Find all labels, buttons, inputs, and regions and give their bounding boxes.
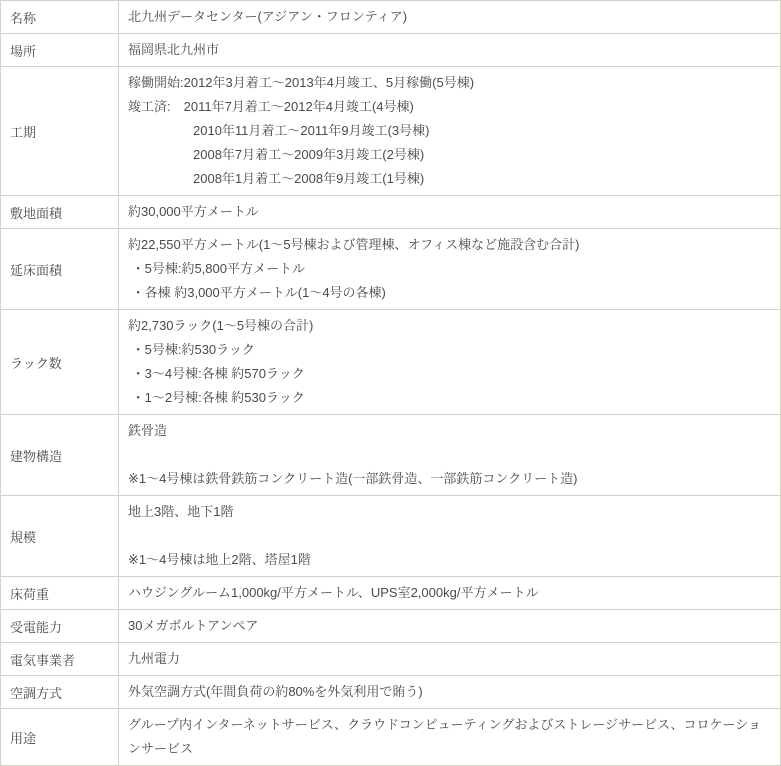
row-value: 約30,000平方メートル <box>119 196 781 229</box>
row-value: 九州電力 <box>119 643 781 676</box>
row-label: 敷地面積 <box>1 196 119 229</box>
row-label: 用途 <box>1 709 119 766</box>
value-line: 地上3階、地下1階 <box>128 500 772 524</box>
table-row-floor-load: 床荷重 ハウジングルーム1,000kg/平方メートル、UPS室2,000kg/平… <box>1 577 781 610</box>
table-row-power-capacity: 受電能力 30メガボルトアンペア <box>1 610 781 643</box>
value-line: 約30,000平方メートル <box>128 200 772 224</box>
table-row-building-structure: 建物構造 鉄骨造 ※1〜4号棟は鉄骨鉄筋コンクリート造(一部鉄骨造、一部鉄筋コン… <box>1 415 781 496</box>
value-line: ・5号棟:約5,800平方メートル <box>128 257 772 281</box>
table-row-location: 場所 福岡県北九州市 <box>1 34 781 67</box>
row-label: 建物構造 <box>1 415 119 496</box>
row-label: 延床面積 <box>1 229 119 310</box>
value-line: グループ内インターネットサービス、クラウドコンピューティングおよびストレージサー… <box>128 713 772 761</box>
row-value: 30メガボルトアンペア <box>119 610 781 643</box>
value-line: ・5号棟:約530ラック <box>128 338 772 362</box>
row-value: 外気空調方式(年間負荷の約80%を外気利用で賄う) <box>119 676 781 709</box>
value-line: 福岡県北九州市 <box>128 38 772 62</box>
value-line: 2008年1月着工〜2008年9月竣工(1号棟) <box>128 167 772 191</box>
table-row-usage: 用途 グループ内インターネットサービス、クラウドコンピューティングおよびストレー… <box>1 709 781 766</box>
value-line: ※1〜4号棟は鉄骨鉄筋コンクリート造(一部鉄骨造、一部鉄筋コンクリート造) <box>128 467 772 491</box>
row-label: 場所 <box>1 34 119 67</box>
value-line: 30メガボルトアンペア <box>128 614 772 638</box>
value-line: ※1〜4号棟は地上2階、塔屋1階 <box>128 548 772 572</box>
value-line: 九州電力 <box>128 647 772 671</box>
table-row-construction-period: 工期 稼働開始:2012年3月着工〜2013年4月竣工、5月稼働(5号棟) 竣工… <box>1 67 781 196</box>
row-label: ラック数 <box>1 310 119 415</box>
row-value: グループ内インターネットサービス、クラウドコンピューティングおよびストレージサー… <box>119 709 781 766</box>
row-label: 床荷重 <box>1 577 119 610</box>
value-line: 稼働開始:2012年3月着工〜2013年4月竣工、5月稼働(5号棟) <box>128 71 772 95</box>
value-line: 2010年11月着工〜2011年9月竣工(3号棟) <box>128 119 772 143</box>
value-line: 鉄骨造 <box>128 419 772 443</box>
value-line: 外気空調方式(年間負荷の約80%を外気利用で賄う) <box>128 680 772 704</box>
table-row-rack-count: ラック数 約2,730ラック(1〜5号棟の合計) ・5号棟:約530ラック ・3… <box>1 310 781 415</box>
row-label: 受電能力 <box>1 610 119 643</box>
value-line <box>128 443 772 467</box>
value-line: 2008年7月着工〜2009年3月竣工(2号棟) <box>128 143 772 167</box>
table-row-air-conditioning: 空調方式 外気空調方式(年間負荷の約80%を外気利用で賄う) <box>1 676 781 709</box>
row-value: 稼働開始:2012年3月着工〜2013年4月竣工、5月稼働(5号棟) 竣工済: … <box>119 67 781 196</box>
value-line: ・1〜2号棟:各棟 約530ラック <box>128 386 772 410</box>
value-line: 北九州データセンター(アジアン・フロンティア) <box>128 5 772 29</box>
row-value: 地上3階、地下1階 ※1〜4号棟は地上2階、塔屋1階 <box>119 496 781 577</box>
value-line: ハウジングルーム1,000kg/平方メートル、UPS室2,000kg/平方メート… <box>128 581 772 605</box>
value-line: ・各棟 約3,000平方メートル(1〜4号の各棟) <box>128 281 772 305</box>
row-label: 名称 <box>1 1 119 34</box>
row-value: 鉄骨造 ※1〜4号棟は鉄骨鉄筋コンクリート造(一部鉄骨造、一部鉄筋コンクリート造… <box>119 415 781 496</box>
value-line: 竣工済: 2011年7月着工〜2012年4月竣工(4号棟) <box>128 95 772 119</box>
value-line: 約22,550平方メートル(1〜5号棟および管理棟、オフィス棟など施設含む合計) <box>128 233 772 257</box>
row-value: 約2,730ラック(1〜5号棟の合計) ・5号棟:約530ラック ・3〜4号棟:… <box>119 310 781 415</box>
value-line: 約2,730ラック(1〜5号棟の合計) <box>128 314 772 338</box>
table-row-site-area: 敷地面積 約30,000平方メートル <box>1 196 781 229</box>
row-label: 電気事業者 <box>1 643 119 676</box>
table-row-name: 名称 北九州データセンター(アジアン・フロンティア) <box>1 1 781 34</box>
table-row-power-company: 電気事業者 九州電力 <box>1 643 781 676</box>
row-value: 北九州データセンター(アジアン・フロンティア) <box>119 1 781 34</box>
row-label: 規模 <box>1 496 119 577</box>
table-row-floor-area: 延床面積 約22,550平方メートル(1〜5号棟および管理棟、オフィス棟など施設… <box>1 229 781 310</box>
row-value: 約22,550平方メートル(1〜5号棟および管理棟、オフィス棟など施設含む合計)… <box>119 229 781 310</box>
value-line: ・3〜4号棟:各棟 約570ラック <box>128 362 772 386</box>
row-value: ハウジングルーム1,000kg/平方メートル、UPS室2,000kg/平方メート… <box>119 577 781 610</box>
value-line <box>128 524 772 548</box>
datacenter-spec-table: 名称 北九州データセンター(アジアン・フロンティア) 場所 福岡県北九州市 工期… <box>0 0 781 766</box>
row-label: 工期 <box>1 67 119 196</box>
table-row-scale: 規模 地上3階、地下1階 ※1〜4号棟は地上2階、塔屋1階 <box>1 496 781 577</box>
row-value: 福岡県北九州市 <box>119 34 781 67</box>
row-label: 空調方式 <box>1 676 119 709</box>
